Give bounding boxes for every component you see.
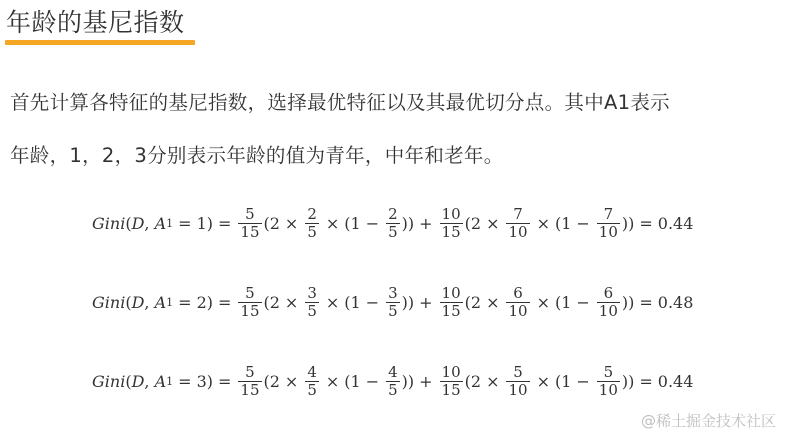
paren-two: (2 xyxy=(465,214,481,233)
gini-result: 0.44 xyxy=(658,372,694,391)
denominator: 5 xyxy=(305,302,319,320)
q-fraction-2: 610 xyxy=(597,285,620,320)
equals: = xyxy=(218,214,231,233)
denominator: 10 xyxy=(506,381,529,399)
gini-equation-3: Gini(D, A1=3) = 515(2×45×(1−45)) + 1015(… xyxy=(92,356,693,406)
q-fraction-1: 25 xyxy=(386,206,400,241)
numerator: 7 xyxy=(602,206,616,223)
paren-one: (1 xyxy=(344,372,360,391)
equals: = xyxy=(639,372,652,391)
numerator: 7 xyxy=(511,206,525,223)
denominator: 15 xyxy=(238,381,261,399)
paren-one: (1 xyxy=(555,293,571,312)
feature-var: A xyxy=(155,214,167,233)
times: × xyxy=(537,214,550,233)
equals: = xyxy=(639,214,652,233)
dataset-var: D xyxy=(132,372,145,391)
p-fraction-1: 35 xyxy=(305,285,319,320)
denominator: 15 xyxy=(440,381,463,399)
numerator: 3 xyxy=(305,285,319,302)
times: × xyxy=(326,293,339,312)
paren-two: (2 xyxy=(264,293,280,312)
paren-two: (2 xyxy=(465,372,481,391)
weight-fraction-2: 1015 xyxy=(440,364,463,399)
times: × xyxy=(326,214,339,233)
denominator: 10 xyxy=(597,381,620,399)
watermark: @稀土掘金技术社区 xyxy=(641,410,776,431)
close-parens: )) xyxy=(402,293,414,312)
equals: = xyxy=(218,293,231,312)
weight-fraction-1: 515 xyxy=(238,285,261,320)
denominator: 15 xyxy=(440,302,463,320)
close-parens: )) xyxy=(622,372,634,391)
numerator: 6 xyxy=(602,285,616,302)
subscript: 1 xyxy=(166,375,173,388)
numerator: 6 xyxy=(511,285,525,302)
equals: = xyxy=(218,372,231,391)
q-fraction-2: 510 xyxy=(597,364,620,399)
gini-result: 0.44 xyxy=(658,214,694,233)
p-fraction-2: 510 xyxy=(506,364,529,399)
numerator: 10 xyxy=(440,206,463,223)
paren-one: (1 xyxy=(344,214,360,233)
times: × xyxy=(486,214,499,233)
gini-fn: Gini xyxy=(92,372,125,391)
plus: + xyxy=(419,214,432,233)
denominator: 10 xyxy=(597,302,620,320)
gini-equation-1: Gini(D, A1=1) = 515(2×25×(1−25)) + 1015(… xyxy=(92,198,693,248)
p-fraction-1: 25 xyxy=(305,206,319,241)
denominator: 10 xyxy=(506,302,529,320)
numerator: 3 xyxy=(386,285,400,302)
numerator: 2 xyxy=(305,206,319,223)
q-fraction-1: 35 xyxy=(386,285,400,320)
p-fraction-1: 45 xyxy=(305,364,319,399)
close-parens: )) xyxy=(402,214,414,233)
comma: , xyxy=(144,214,149,233)
times: × xyxy=(326,372,339,391)
paren-two: (2 xyxy=(465,293,481,312)
weight-fraction-2: 1015 xyxy=(440,206,463,241)
paren: ) xyxy=(207,214,213,233)
times: × xyxy=(486,372,499,391)
denominator: 15 xyxy=(440,223,463,241)
paren-two: (2 xyxy=(264,372,280,391)
numerator: 5 xyxy=(602,364,616,381)
denominator: 15 xyxy=(238,223,261,241)
paren: ) xyxy=(207,293,213,312)
denominator: 5 xyxy=(305,223,319,241)
feature-var: A xyxy=(155,293,167,312)
minus: − xyxy=(366,214,379,233)
denominator: 15 xyxy=(238,302,261,320)
times: × xyxy=(486,293,499,312)
close-parens: )) xyxy=(622,293,634,312)
minus: − xyxy=(576,372,589,391)
equals: = xyxy=(178,293,191,312)
weight-fraction-2: 1015 xyxy=(440,285,463,320)
close-parens: )) xyxy=(402,372,414,391)
paren-one: (1 xyxy=(344,293,360,312)
minus: − xyxy=(366,372,379,391)
numerator: 5 xyxy=(511,364,525,381)
gini-fn: Gini xyxy=(92,293,125,312)
numerator: 10 xyxy=(440,285,463,302)
subscript: 1 xyxy=(166,217,173,230)
denominator: 5 xyxy=(386,302,400,320)
times: × xyxy=(285,293,298,312)
q-fraction-2: 710 xyxy=(597,206,620,241)
denominator: 10 xyxy=(597,223,620,241)
equals: = xyxy=(178,372,191,391)
weight-fraction-1: 515 xyxy=(238,364,261,399)
times: × xyxy=(537,293,550,312)
numerator: 4 xyxy=(386,364,400,381)
numerator: 4 xyxy=(305,364,319,381)
paragraph-line-1: 首先计算各特征的基尼指数，选择最优特征以及其最优切分点。其中A1表示 xyxy=(10,87,670,115)
subscript: 1 xyxy=(166,296,173,309)
minus: − xyxy=(576,293,589,312)
q-fraction-1: 45 xyxy=(386,364,400,399)
close-parens: )) xyxy=(622,214,634,233)
plus: + xyxy=(419,372,432,391)
minus: − xyxy=(576,214,589,233)
section-heading: 年龄的基尼指数 xyxy=(6,6,185,40)
denominator: 5 xyxy=(386,223,400,241)
paren-one: (1 xyxy=(555,214,571,233)
numerator: 5 xyxy=(243,206,257,223)
minus: − xyxy=(366,293,379,312)
comma: , xyxy=(144,372,149,391)
gini-result: 0.48 xyxy=(658,293,694,312)
dataset-var: D xyxy=(132,293,145,312)
p-fraction-2: 610 xyxy=(506,285,529,320)
equals: = xyxy=(178,214,191,233)
weight-fraction-1: 515 xyxy=(238,206,261,241)
plus: + xyxy=(419,293,432,312)
denominator: 5 xyxy=(386,381,400,399)
feature-value: 2 xyxy=(197,293,207,312)
equals: = xyxy=(639,293,652,312)
denominator: 10 xyxy=(506,223,529,241)
p-fraction-2: 710 xyxy=(506,206,529,241)
numerator: 10 xyxy=(440,364,463,381)
paragraph-line-2: 年龄，1，2，3分别表示年龄的值为青年，中年和老年。 xyxy=(10,140,504,168)
paren: ) xyxy=(207,372,213,391)
denominator: 5 xyxy=(305,381,319,399)
numerator: 2 xyxy=(386,206,400,223)
gini-fn: Gini xyxy=(92,214,125,233)
times: × xyxy=(285,372,298,391)
heading-underline xyxy=(5,40,195,45)
times: × xyxy=(537,372,550,391)
feature-var: A xyxy=(155,372,167,391)
comma: , xyxy=(144,293,149,312)
feature-value: 1 xyxy=(197,214,207,233)
paren-one: (1 xyxy=(555,372,571,391)
numerator: 5 xyxy=(243,285,257,302)
times: × xyxy=(285,214,298,233)
feature-value: 3 xyxy=(197,372,207,391)
gini-equation-2: Gini(D, A1=2) = 515(2×35×(1−35)) + 1015(… xyxy=(92,277,693,327)
paren-two: (2 xyxy=(264,214,280,233)
dataset-var: D xyxy=(132,214,145,233)
numerator: 5 xyxy=(243,364,257,381)
